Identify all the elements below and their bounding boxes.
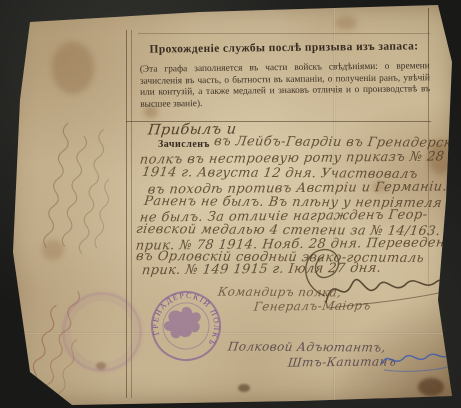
stain [418,378,444,396]
adjutant-signature [378,348,460,374]
paper-sheet: Прохожденіе службы послѣ призыва изъ зап… [0,0,461,408]
stain [238,384,250,392]
form-instructions: (Эта графа заполняется въ части войскъ с… [140,61,431,111]
commander-signature [322,264,456,310]
form-heading: Прохожденіе службы послѣ призыва изъ зап… [138,40,430,56]
form-field-label: Зачисленъ [158,139,210,150]
stamp-eagle-emblem [160,303,205,342]
stain [335,16,357,30]
handwritten-line: въ Лейбъ-Гвардіи въ Гренадерскомъ [213,134,461,151]
adjutant-title-line1: Полковой Адъютантъ, [227,339,387,354]
left-margin-note [38,71,135,260]
table-border-top [138,33,430,34]
photo-of-document: Прохожденіе службы послѣ призыва изъ зап… [0,0,461,408]
